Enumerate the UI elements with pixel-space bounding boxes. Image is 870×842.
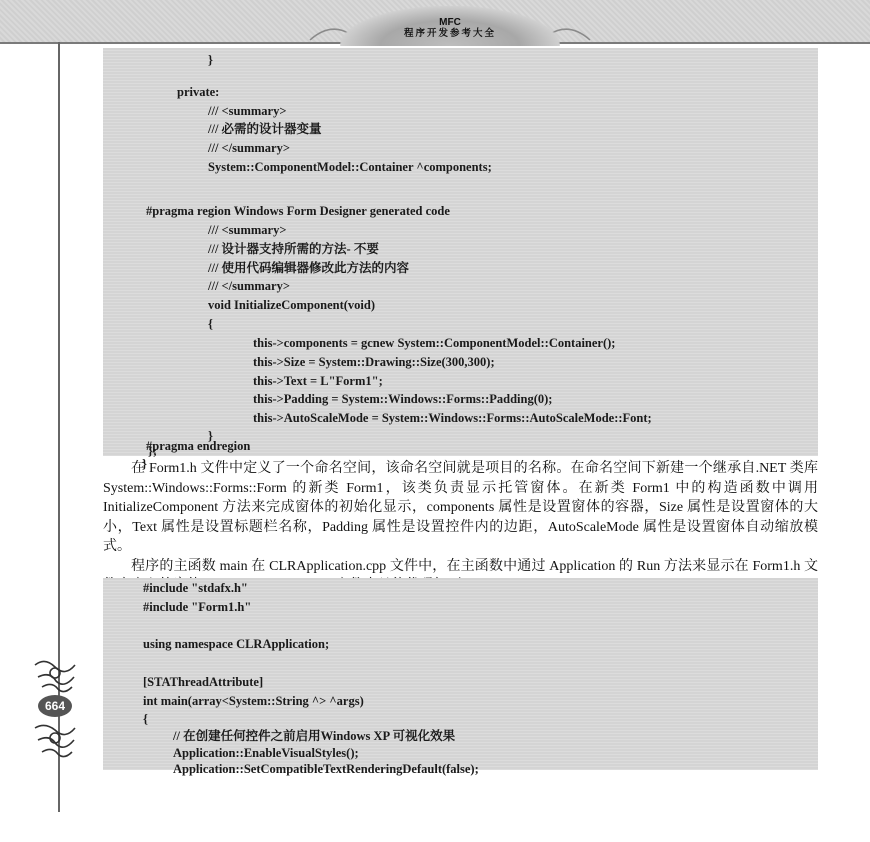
code-line: /// 必需的设计器变量 [208,121,322,137]
code-line: /// </summary> [208,278,290,294]
code-line: this->Padding = System::Windows::Forms::… [253,391,552,407]
code-listing-clrapplication-cpp: #include "stdafx.h" #include "Form1.h" u… [103,578,818,770]
code-line: { [208,316,213,332]
code-line: this->AutoScaleMode = System::Windows::F… [253,410,652,426]
code-line: #include "stdafx.h" [143,580,248,596]
code-listing-form1-h: } private: /// <summary> /// 必需的设计器变量 //… [103,48,818,456]
dragon-ornament-icon [30,655,80,695]
code-line: /// <summary> [208,103,286,119]
code-line: using namespace CLRApplication; [143,636,329,652]
book-title-emblem: MFC 程序开发参考大全 [340,6,560,46]
code-line: /// 设计器支持所需的方法- 不要 [208,241,379,257]
code-line: } [208,52,213,68]
code-line: int main(array<System::String ^> ^args) [143,693,364,709]
code-line: System::ComponentModel::Container ^compo… [208,159,492,175]
page-number-badge: 664 [38,695,72,717]
code-line: /// <summary> [208,222,286,238]
code-line: Application::EnableVisualStyles(); [173,745,359,761]
code-line: { [143,711,148,727]
code-line: #include "Form1.h" [143,599,251,615]
body-text: 在 Form1.h 文件中定义了一个命名空间，该命名空间就是项目的名称。在命名空… [103,459,818,596]
code-line: }; [148,443,157,459]
code-line: this->components = gcnew System::Compone… [253,335,615,351]
code-line: [STAThreadAttribute] [143,674,263,690]
code-line: // 在创建任何控件之前启用Windows XP 可视化效果 [173,728,455,744]
code-line: Application::SetCompatibleTextRenderingD… [173,761,479,777]
page-header-band: MFC 程序开发参考大全 [0,0,870,44]
code-line: /// </summary> [208,140,290,156]
paragraph-form1-explanation: 在 Form1.h 文件中定义了一个命名空间，该命名空间就是项目的名称。在命名空… [103,459,818,557]
code-line: /// 使用代码编辑器修改此方法的内容 [208,260,409,276]
code-line: void InitializeComponent(void) [208,297,375,313]
code-line: this->Text = L"Form1"; [253,373,383,389]
code-line: private: [177,84,219,100]
code-line: #pragma endregion [146,438,250,454]
book-title-line1: MFC [340,18,560,28]
code-line: this->Size = System::Drawing::Size(300,3… [253,354,495,370]
dragon-ornament-icon [30,720,80,760]
code-line: #pragma region Windows Form Designer gen… [146,203,450,219]
book-title-line2: 程序开发参考大全 [340,28,560,39]
